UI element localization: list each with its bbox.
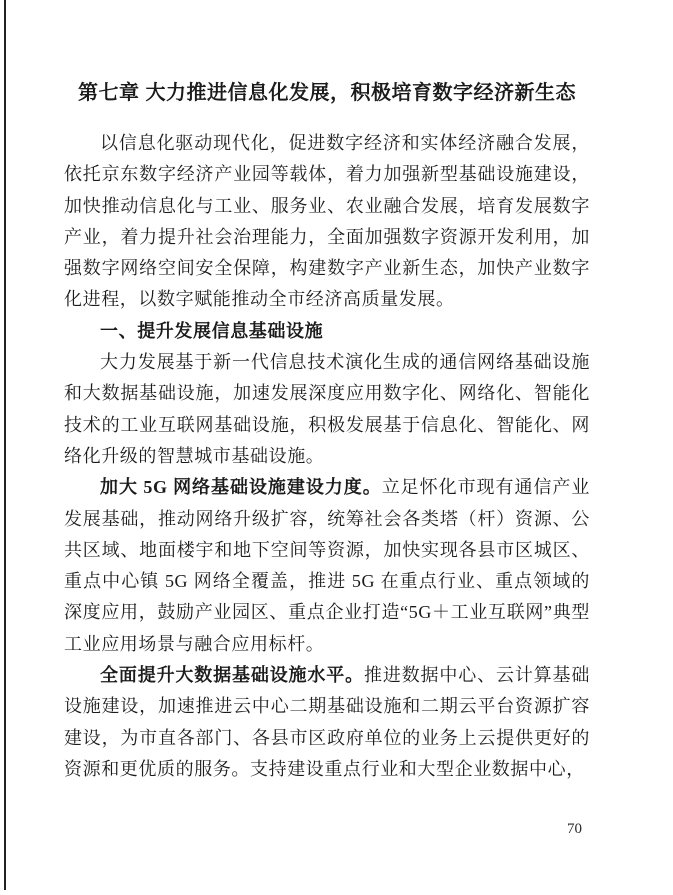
document-content: 第七章 大力推进信息化发展，积极培育数字经济新生态 以信息化驱动现代化，促进数字… xyxy=(64,80,590,785)
page-number: 70 xyxy=(567,821,582,838)
page-border-left xyxy=(4,0,6,890)
paragraph-intro: 以信息化驱动现代化，促进数字经济和实体经济融合发展，依托京东数字经济产业园等载体… xyxy=(64,128,590,316)
paragraph-bigdata: 全面提升大数据基础设施水平。推进数据中心、云计算基础设施建设，加速推进云中心二期… xyxy=(64,660,590,785)
section-heading: 一、提升发展信息基础设施 xyxy=(64,316,590,347)
chapter-title: 第七章 大力推进信息化发展，积极培育数字经济新生态 xyxy=(64,80,590,106)
scanned-document-page: { "page": { "number": "70" }, "document"… xyxy=(0,0,673,895)
paragraph-lead-5g: 加大 5G 网络基础设施建设力度。 xyxy=(100,477,382,497)
paragraph-lead-bigdata: 全面提升大数据基础设施水平。 xyxy=(100,665,364,685)
paragraph-body-5g: 立足怀化市现有通信产业发展基础，推动网络升级扩容，统筹社会各类塔（杆）资源、公共… xyxy=(64,477,590,653)
paragraph-info-infrastructure: 大力发展基于新一代信息技术演化生成的通信网络基础设施和大数据基础设施，加速发展深… xyxy=(64,347,590,472)
paragraph-5g: 加大 5G 网络基础设施建设力度。立足怀化市现有通信产业发展基础，推动网络升级扩… xyxy=(64,472,590,660)
